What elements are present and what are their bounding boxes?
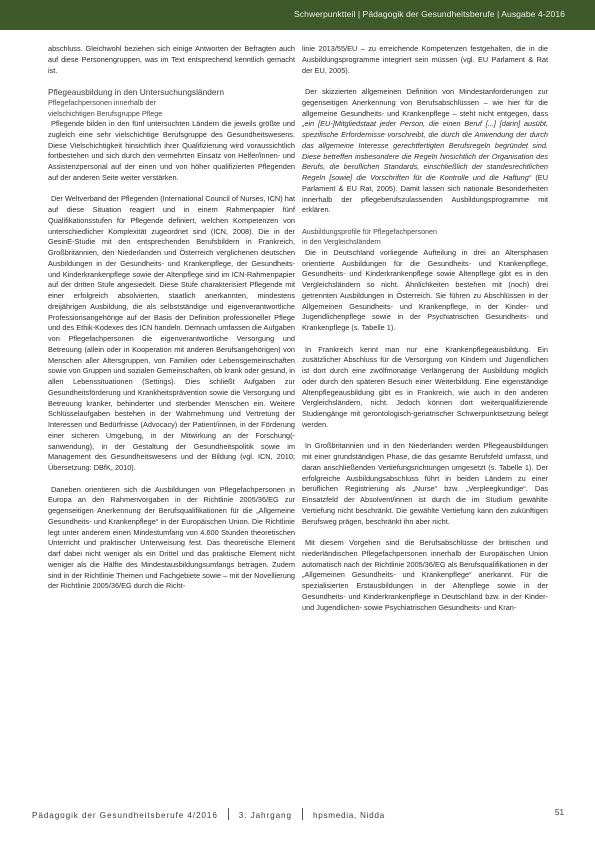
- footer-volume: 3. Jahrgang: [239, 811, 292, 820]
- header-bar: Schwerpunktteil | Pädagogik der Gesundhe…: [0, 0, 595, 30]
- page-footer: Pädagogik der Gesundheitsberufe 4/20163.…: [32, 808, 564, 820]
- subsection-heading-line-1: Pflegefachpersonen innerhalb der: [48, 98, 295, 109]
- subsection-heading-line-2: in den Vergleichsländern: [302, 237, 548, 248]
- paragraph: In Großbritannien und in den Niederlande…: [302, 441, 548, 527]
- paragraph: Daneben orientieren sich die Ausbildunge…: [48, 485, 295, 593]
- footer-divider: [302, 808, 303, 820]
- paragraph-text: Der skizzierten allgemeinen Definition v…: [302, 87, 548, 118]
- paragraph: linie 2013/55/EU – zu erreichende Kompet…: [302, 44, 548, 76]
- paragraph-with-quote: Der skizzierten allgemeinen Definition v…: [302, 87, 548, 216]
- paragraph: Mit diesem Vorgehen sind die Berufsabsch…: [302, 538, 548, 613]
- paragraph: Pflegende bilden in den fünf untersuchte…: [48, 119, 295, 184]
- running-header: Schwerpunktteil | Pädagogik der Gesundhe…: [294, 9, 565, 19]
- subsection-heading-line-1: Ausbildungsprofile für Pflegefachpersone…: [302, 227, 548, 238]
- paragraph: In Frankreich kennt man nur eine Kranken…: [302, 345, 548, 431]
- footer-journal: Pädagogik der Gesundheitsberufe 4/2016: [32, 811, 218, 820]
- paragraph: Die in Deutschland vorliegende Aufteilun…: [302, 248, 548, 334]
- left-column: abschluss. Gleichwohl beziehen sich eini…: [48, 44, 295, 592]
- footer-publisher: hpsmedia, Nidda: [313, 811, 385, 820]
- paragraph: Der Weltverband der Pflegenden (Internat…: [48, 194, 295, 474]
- paragraph: abschluss. Gleichwohl beziehen sich eini…: [48, 44, 295, 76]
- footer-divider: [228, 808, 229, 820]
- italic-quote: „ein [EU-]Mitgliedstaat jeder Person, di…: [302, 119, 548, 182]
- subsection-heading-line-2: vielschichtigen Berufsgruppe Pflege: [48, 109, 295, 120]
- section-heading: Pflegeausbildung in den Untersuchungslän…: [48, 87, 295, 98]
- page-number: 51: [555, 808, 564, 817]
- right-column: linie 2013/55/EU – zu erreichende Kompet…: [302, 44, 548, 613]
